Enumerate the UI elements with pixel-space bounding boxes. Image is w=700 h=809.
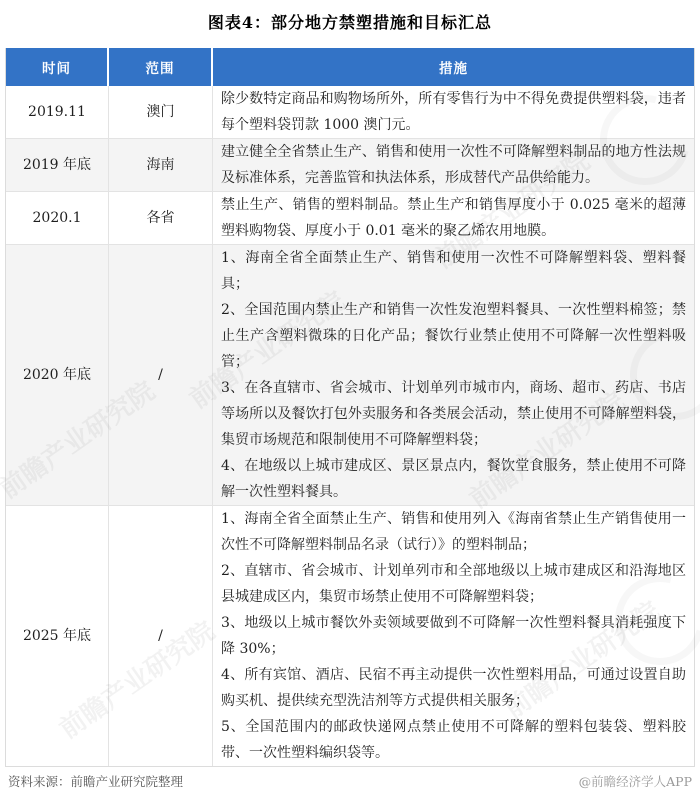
- source-note: 资料来源：前瞻产业研究院整理: [8, 772, 183, 790]
- table-row: 2020.1各省禁止生产、销售的塑料制品。禁止生产和销售厚度小于 0.025 毫…: [6, 191, 694, 244]
- measure-item: 除少数特定商品和购物场所外，所有零售行为中不得免费提供塑料袋，违者每个塑料袋罚款…: [221, 86, 686, 138]
- brand-credit: @前瞻经济学人APP: [579, 772, 692, 790]
- measures-cell: 除少数特定商品和购物场所外，所有零售行为中不得免费提供塑料袋，违者每个塑料袋罚款…: [213, 86, 694, 138]
- time-cell: 2020.1: [6, 192, 109, 244]
- time-cell: 2020 年底: [6, 245, 109, 505]
- scope-cell: /: [109, 506, 213, 766]
- table-row: 2019.11澳门除少数特定商品和购物场所外，所有零售行为中不得免费提供塑料袋，…: [6, 86, 694, 138]
- measure-item: 4、在地级以上城市建成区、景区景点内，餐饮堂食服务，禁止使用不可降解一次性塑料餐…: [221, 453, 686, 505]
- measures-cell: 建立健全全省禁止生产、销售和使用一次性不可降解塑料制品的地方性法规及标准体系，完…: [213, 139, 694, 191]
- scope-cell: 澳门: [109, 86, 213, 138]
- measure-item: 禁止生产、销售的塑料制品。禁止生产和销售厚度小于 0.025 毫米的超薄塑料购物…: [221, 192, 686, 244]
- measure-item: 1、海南全省全面禁止生产、销售和使用一次性不可降解塑料袋、塑料餐具；: [221, 245, 686, 297]
- table-header-row: 时间 范围 措施: [6, 48, 694, 86]
- header-time: 时间: [6, 48, 109, 86]
- header-measures: 措施: [213, 48, 694, 86]
- measures-cell: 1、海南全省全面禁止生产、销售和使用列入《海南省禁止生产销售使用一次性不可降解塑…: [213, 506, 694, 766]
- measure-item: 3、在各直辖市、省会城市、计划单列市城市内，商场、超市、药店、书店等场所以及餐饮…: [221, 375, 686, 453]
- time-cell: 2019.11: [6, 86, 109, 138]
- time-cell: 2019 年底: [6, 139, 109, 191]
- measure-item: 2、全国范围内禁止生产和销售一次性发泡塑料餐具、一次性塑料棉签；禁止生产含塑料微…: [221, 297, 686, 375]
- time-cell: 2025 年底: [6, 506, 109, 766]
- measures-cell: 禁止生产、销售的塑料制品。禁止生产和销售厚度小于 0.025 毫米的超薄塑料购物…: [213, 192, 694, 244]
- scope-cell: 海南: [109, 139, 213, 191]
- measures-cell: 1、海南全省全面禁止生产、销售和使用一次性不可降解塑料袋、塑料餐具；2、全国范围…: [213, 245, 694, 505]
- header-scope: 范围: [109, 48, 213, 86]
- scope-cell: /: [109, 245, 213, 505]
- measure-item: 4、所有宾馆、酒店、民宿不再主动提供一次性塑料用品，可通过设置自助购买机、提供续…: [221, 662, 686, 714]
- figure-title: 图表4：部分地方禁塑措施和目标汇总: [0, 10, 700, 33]
- measure-item: 建立健全全省禁止生产、销售和使用一次性不可降解塑料制品的地方性法规及标准体系，完…: [221, 139, 686, 191]
- table-body: 2019.11澳门除少数特定商品和购物场所外，所有零售行为中不得免费提供塑料袋，…: [6, 86, 694, 766]
- table-row: 2019 年底海南建立健全全省禁止生产、销售和使用一次性不可降解塑料制品的地方性…: [6, 138, 694, 191]
- measures-table: 时间 范围 措施 2019.11澳门除少数特定商品和购物场所外，所有零售行为中不…: [5, 48, 695, 767]
- table-row: 2020 年底/1、海南全省全面禁止生产、销售和使用一次性不可降解塑料袋、塑料餐…: [6, 244, 694, 505]
- scope-cell: 各省: [109, 192, 213, 244]
- measure-item: 5、全国范围内的邮政快递网点禁止使用不可降解的塑料包装袋、塑料胶带、一次性塑料编…: [221, 714, 686, 766]
- measure-item: 3、地级以上城市餐饮外卖领域要做到不可降解一次性塑料餐具消耗强度下降 30%；: [221, 610, 686, 662]
- measure-item: 2、直辖市、省会城市、计划单列市和全部地级以上城市建成区和沿海地区县城建成区内，…: [221, 558, 686, 610]
- footer: 资料来源：前瞻产业研究院整理 @前瞻经济学人APP: [8, 772, 692, 790]
- figure-page: 前瞻产业研究院前瞻产业研究院前瞻产业研究院前瞻产业研究院前瞻产业研究院前瞻产业研…: [0, 0, 700, 809]
- measure-item: 1、海南全省全面禁止生产、销售和使用列入《海南省禁止生产销售使用一次性不可降解塑…: [221, 506, 686, 558]
- table-row: 2025 年底/1、海南全省全面禁止生产、销售和使用列入《海南省禁止生产销售使用…: [6, 505, 694, 766]
